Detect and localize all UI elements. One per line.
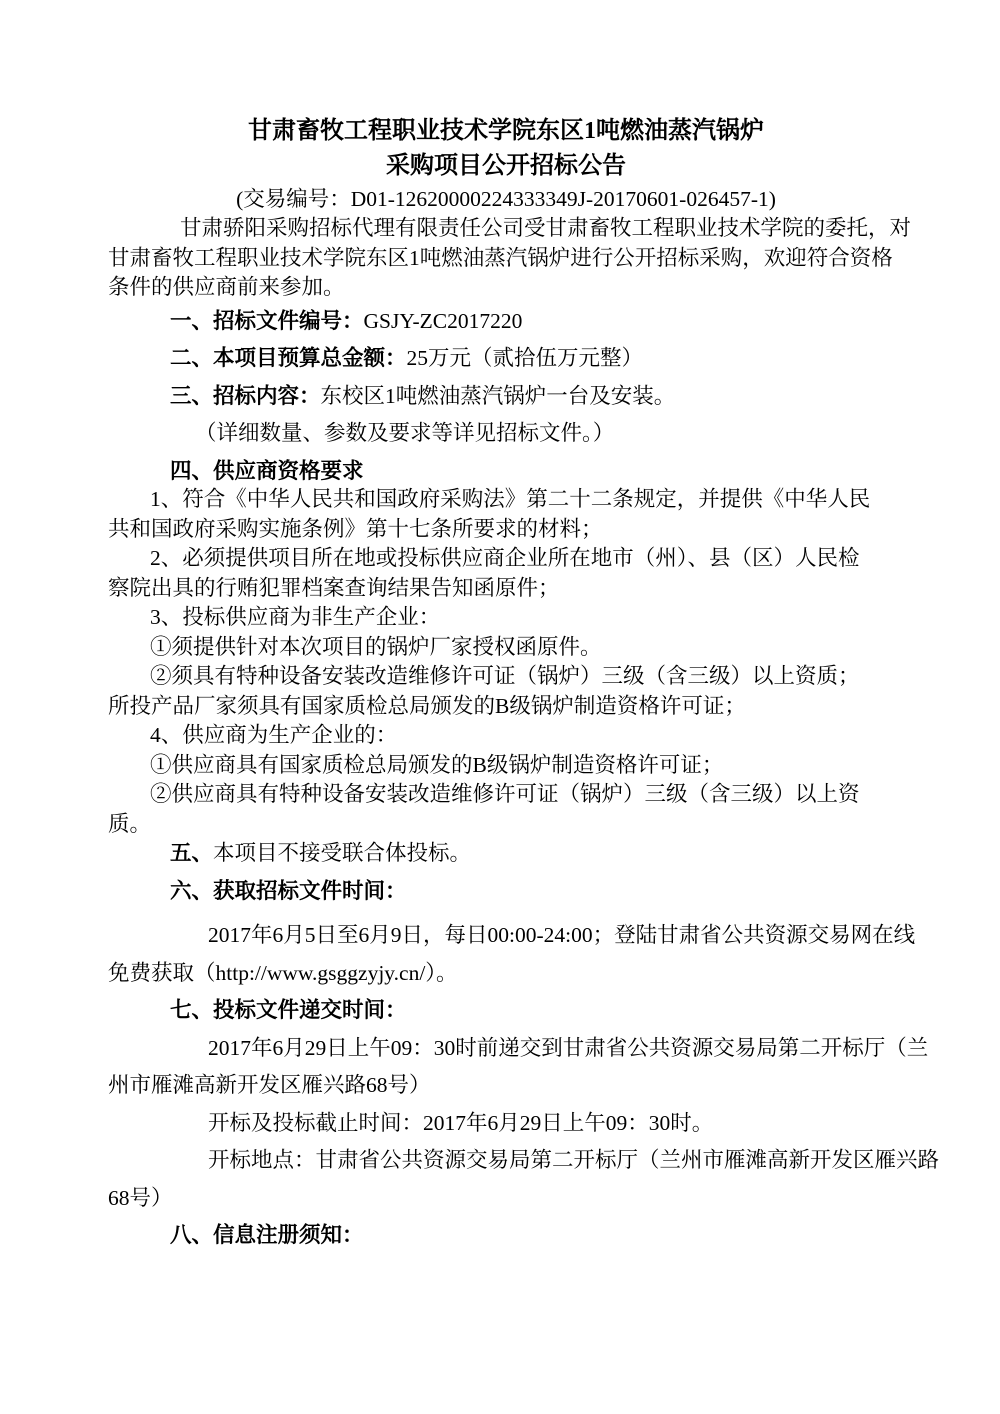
sections-1-3: 一、招标文件编号：GSJY-ZC2017220二、本项目预算总金额：25万元（贰… xyxy=(108,303,904,416)
intro-line: 条件的供应商前来参加。 xyxy=(108,273,904,303)
section-5: 五、本项目不接受联合体投标。 xyxy=(108,839,904,869)
section-5-label: 五、 xyxy=(170,841,213,865)
section-7-paragraph: 开标地点：甘肃省公共资源交易局第二开标厅（兰州市雁滩高新开发区雁兴路68号） xyxy=(108,1142,904,1217)
section-8-heading: 八、信息注册须知： xyxy=(108,1217,904,1255)
doc-title-line-1: 甘肃畜牧工程职业技术学院东区1吨燃油蒸汽锅炉 xyxy=(108,114,904,149)
section-value: 25万元（贰拾伍万元整） xyxy=(407,346,644,370)
section-7-paragraph: 2017年6月29日上午09：30时前递交到甘肃省公共资源交易局第二开标厅（兰州… xyxy=(108,1030,904,1105)
detail-note: （详细数量、参数及要求等详见招标文件。） xyxy=(108,415,904,453)
section-value: 东校区1吨燃油蒸汽锅炉一台及安装。 xyxy=(321,384,676,408)
section-7-line: 开标及投标截止时间：2017年6月29日上午09：30时。 xyxy=(108,1105,904,1143)
section-7-paragraph: 开标及投标截止时间：2017年6月29日上午09：30时。 xyxy=(108,1105,904,1143)
requirement-line: ②供应商具有特种设备安装改造维修许可证（锅炉）三级（含三级）以上资 xyxy=(108,780,904,810)
document-page: 甘肃畜牧工程职业技术学院东区1吨燃油蒸汽锅炉 采购项目公开招标公告 (交易编号：… xyxy=(0,0,1000,1414)
section-7-body: 2017年6月29日上午09：30时前递交到甘肃省公共资源交易局第二开标厅（兰州… xyxy=(108,1030,904,1218)
section-6-line: 免费获取（http://www.gsggzyjy.cn/）。 xyxy=(108,955,904,993)
section-label: 二、本项目预算总金额： xyxy=(170,346,407,370)
section-3-heading: 三、招标内容：东校区1吨燃油蒸汽锅炉一台及安装。 xyxy=(108,378,904,416)
doc-title-line-2: 采购项目公开招标公告 xyxy=(108,149,904,184)
requirement-line: 共和国政府采购实施条例》第十七条所要求的材料； xyxy=(108,515,904,545)
requirement-line: ②须具有特种设备安装改造维修许可证（锅炉）三级（含三级）以上资质； xyxy=(108,662,904,692)
requirement-line: 察院出具的行贿犯罪档案查询结果告知函原件； xyxy=(108,574,904,604)
section-2-heading: 二、本项目预算总金额：25万元（贰拾伍万元整） xyxy=(108,340,904,378)
requirement-line: 4、供应商为生产企业的： xyxy=(108,721,904,751)
requirement-line: ①须提供针对本次项目的锅炉厂家授权函原件。 xyxy=(108,633,904,663)
section-label: 三、招标内容： xyxy=(170,384,321,408)
requirement-line: 3、投标供应商为非生产企业： xyxy=(108,603,904,633)
requirement-line: ①供应商具有国家质检总局颁发的B级锅炉制造资格许可证； xyxy=(108,751,904,781)
requirement-item: ①供应商具有国家质检总局颁发的B级锅炉制造资格许可证； xyxy=(108,751,904,781)
requirement-line: 质。 xyxy=(108,810,904,840)
requirement-item: 4、供应商为生产企业的： xyxy=(108,721,904,751)
section-6-line: 2017年6月5日至6月9日，每日00:00-24:00；登陆甘肃省公共资源交易… xyxy=(108,917,904,955)
requirement-item: ①须提供针对本次项目的锅炉厂家授权函原件。 xyxy=(108,633,904,663)
requirement-line: 所投产品厂家须具有国家质检总局颁发的B级锅炉制造资格许可证； xyxy=(108,692,904,722)
section-7-line: 开标地点：甘肃省公共资源交易局第二开标厅（兰州市雁滩高新开发区雁兴路 xyxy=(108,1142,904,1180)
section-7-line: 68号） xyxy=(108,1180,904,1218)
intro-line: 甘肃畜牧工程职业技术学院东区1吨燃油蒸汽锅炉进行公开招标采购，欢迎符合资格 xyxy=(108,244,904,274)
section-label: 一、招标文件编号： xyxy=(170,309,364,333)
section-4-items: 1、符合《中华人民共和国政府采购法》第二十二条规定，并提供《中华人民共和国政府采… xyxy=(108,485,904,839)
section-7-line: 州市雁滩高新开发区雁兴路68号） xyxy=(108,1067,904,1105)
requirement-item: 1、符合《中华人民共和国政府采购法》第二十二条规定，并提供《中华人民共和国政府采… xyxy=(108,485,904,544)
intro-line: 甘肃骄阳采购招标代理有限责任公司受甘肃畜牧工程职业技术学院的委托，对 xyxy=(108,214,904,244)
transaction-number: (交易编号：D01-12620000224333349J-20170601-02… xyxy=(108,184,904,214)
section-7-heading: 七、投标文件递交时间： xyxy=(108,992,904,1030)
requirement-item: 3、投标供应商为非生产企业： xyxy=(108,603,904,633)
requirement-item: 2、必须提供项目所在地或投标供应商企业所在地市（州）、县（区）人民检察院出具的行… xyxy=(108,544,904,603)
section-value: GSJY-ZC2017220 xyxy=(364,309,523,333)
requirement-item: ②须具有特种设备安装改造维修许可证（锅炉）三级（含三级）以上资质；所投产品厂家须… xyxy=(108,662,904,721)
section-5-text: 本项目不接受联合体投标。 xyxy=(213,841,471,865)
requirement-line: 2、必须提供项目所在地或投标供应商企业所在地市（州）、县（区）人民检 xyxy=(108,544,904,574)
section-1-heading: 一、招标文件编号：GSJY-ZC2017220 xyxy=(108,303,904,341)
section-7-line: 2017年6月29日上午09：30时前递交到甘肃省公共资源交易局第二开标厅（兰 xyxy=(108,1030,904,1068)
intro-paragraph: 甘肃骄阳采购招标代理有限责任公司受甘肃畜牧工程职业技术学院的委托，对甘肃畜牧工程… xyxy=(108,214,904,303)
section-6-heading: 六、获取招标文件时间： xyxy=(108,873,904,911)
requirement-line: 1、符合《中华人民共和国政府采购法》第二十二条规定，并提供《中华人民 xyxy=(108,485,904,515)
section-6-body: 2017年6月5日至6月9日，每日00:00-24:00；登陆甘肃省公共资源交易… xyxy=(108,917,904,992)
doc-title: 甘肃畜牧工程职业技术学院东区1吨燃油蒸汽锅炉 采购项目公开招标公告 xyxy=(108,114,904,184)
requirement-item: ②供应商具有特种设备安装改造维修许可证（锅炉）三级（含三级）以上资质。 xyxy=(108,780,904,839)
